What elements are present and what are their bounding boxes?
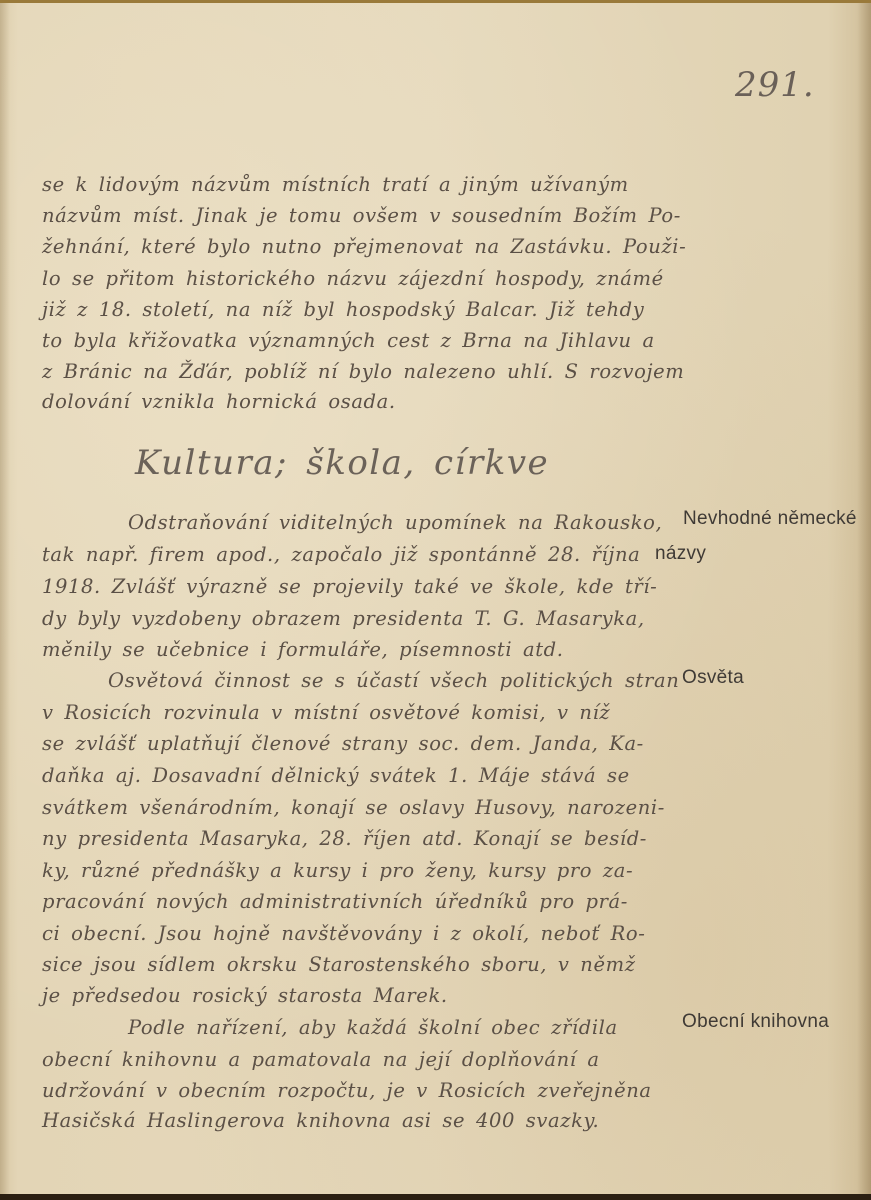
text-line: je předsedou rosický starosta Marek. [42,986,448,1006]
page-edge-right [857,3,871,1194]
text-line: se k lidovým názvům místních tratí a jin… [42,175,629,195]
text-line: měnily se učebnice i formuláře, písemnos… [42,640,564,660]
text-line: Odstraňování viditelných upomínek na Rak… [128,513,662,533]
text-line: v Rosicích rozvinula v místní osvětové k… [42,703,610,723]
text-line: Podle nařízení, aby každá školní obec zř… [128,1018,618,1038]
text-line: tak např. firem apod., započalo již spon… [42,545,640,565]
page-number: 291. [735,65,815,105]
text-line: 1918. Zvlášť výrazně se projevily také v… [42,577,657,597]
text-line: ci obecní. Jsou hojně navštěvovány i z o… [42,924,645,944]
text-line: obecní knihovnu a pamatovala na její dop… [42,1050,600,1070]
margin-annotation: Nevhodné německé [683,509,857,528]
margin-annotation: Obecní knihovna [682,1012,829,1031]
manuscript-page: 291. se k lidovým názvům místních tratí … [0,0,871,1200]
text-line: ky, různé přednášky a kursy i pro ženy, … [42,861,633,881]
text-line: to byla křižovatka významných cest z Brn… [42,331,655,351]
text-line: lo se přitom historického názvu zájezdní… [42,269,664,289]
text-line: Osvětová činnost se s účastí všech polit… [108,671,679,691]
text-line: dy byly vyzdobeny obrazem presidenta T. … [42,609,645,629]
text-line: se zvlášť uplatňují členové strany soc. … [42,734,644,754]
text-line: žehnání, které bylo nutno přejmenovat na… [42,237,686,257]
text-line: z Bránic na Žďár, poblíž ní bylo nalezen… [42,362,684,382]
text-line: již z 18. století, na níž byl hospodský … [42,300,644,320]
margin-annotation: Osvěta [682,668,744,687]
margin-annotation: názvy [655,544,706,563]
text-line: udržování v obecním rozpočtu, je v Rosic… [42,1081,652,1101]
text-line: daňka aj. Dosavadní dělnický svátek 1. M… [42,766,630,786]
text-line: svátkem všenárodním, konají se oslavy Hu… [42,798,665,818]
text-line: názvům míst. Jinak je tomu ovšem v souse… [42,206,681,226]
text-line: dolování vznikla hornická osada. [42,392,396,412]
text-line: sice jsou sídlem okrsku Starostenského s… [42,955,636,975]
page-edge-left [0,3,10,1194]
text-line: ny presidenta Masaryka, 28. říjen atd. K… [42,829,647,849]
section-heading: Kultura; škola, církve [135,443,549,483]
text-line: pracování nových administrativních úředn… [42,892,628,912]
text-line: Hasičská Haslingerova knihovna asi se 40… [42,1111,599,1131]
